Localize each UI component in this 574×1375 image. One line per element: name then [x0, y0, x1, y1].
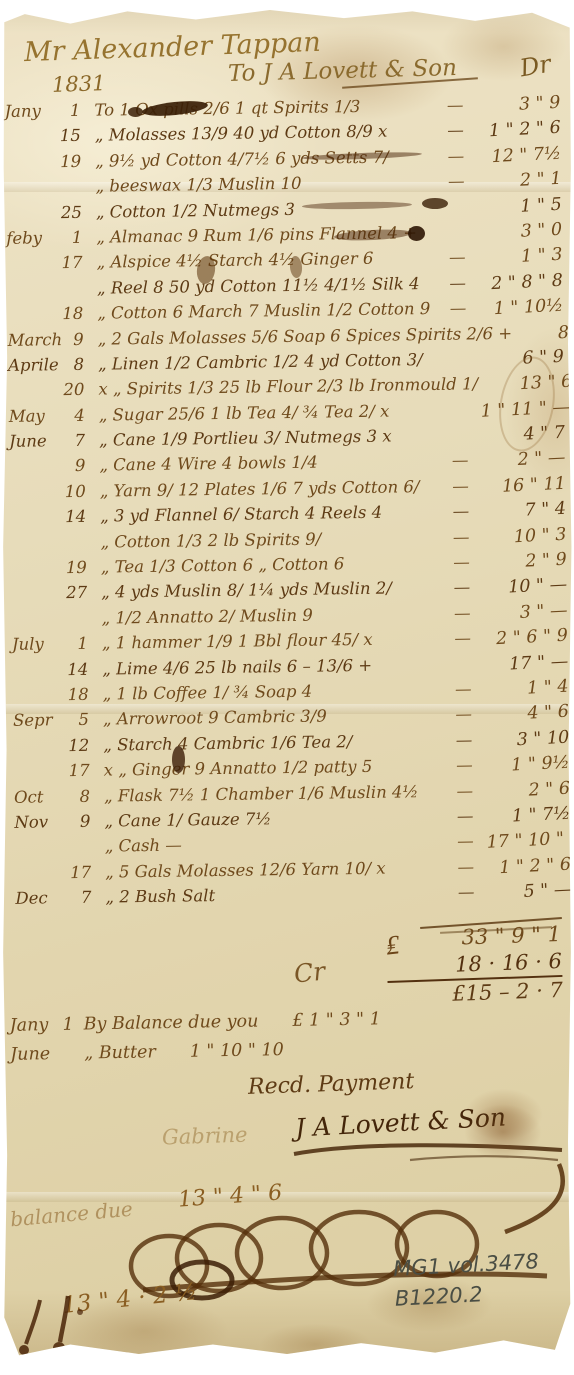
entry-month	[6, 192, 56, 193]
entry-month	[6, 218, 56, 219]
entry-day: 5	[63, 710, 89, 729]
entry-dash-leader: —	[215, 882, 488, 905]
entry-day: 9	[64, 812, 90, 831]
entry-month	[12, 624, 62, 625]
entry-day: 25	[56, 202, 82, 221]
entry-day: 14	[62, 659, 88, 678]
entry-amount: 10 " —	[483, 575, 568, 599]
credit-description: By Balance due you	[84, 1012, 259, 1035]
credit-month: Jany	[10, 1015, 58, 1036]
entry-amount: 1 " 4	[484, 677, 569, 701]
entry-description: „ Sugar 25/6 1 lb Tea 4/ ¾ Tea 2/ x	[99, 401, 390, 424]
balance-total: £15 – 2 · 7	[388, 977, 564, 1010]
entry-amount: 1 " 7½	[486, 804, 571, 828]
entry-month: Aprile	[8, 355, 58, 375]
entry-amount: 3 " 10	[485, 727, 570, 751]
credit-amount: £ 1 " 3 " 1	[292, 1009, 381, 1031]
ink-drips	[10, 1292, 130, 1362]
entry-day: 15	[55, 126, 81, 145]
entry-day: 17	[64, 761, 90, 780]
entry-month: June	[9, 431, 59, 451]
entry-dash-leader: —	[392, 578, 484, 598]
entry-day: 19	[55, 152, 81, 171]
entry-amount: 2 " 6 " 9	[483, 626, 568, 650]
entry-description: „ 1/2 Annatto 2/ Muslin 9	[101, 605, 313, 627]
entry-dash-leader: —	[385, 857, 487, 877]
entry-dash-leader: —	[301, 171, 477, 192]
entry-day: 1	[54, 101, 80, 120]
received-payment-text: Recd. Payment	[248, 1069, 415, 1100]
entry-dash-leader: —	[373, 628, 485, 649]
entry-description: „ Reel 8 50 yd Cotton 11½ 4/1½ Silk 4	[97, 274, 420, 298]
entry-dash-leader: —	[271, 806, 486, 828]
entry-description: „ 4 yds Muslin 8/ 1¼ yds Muslin 2/	[101, 579, 392, 602]
entry-day: 4	[59, 406, 85, 425]
entry-amount: 5 " —	[487, 880, 572, 904]
archival-line2: B1220.2	[394, 1276, 541, 1314]
entry-description: x „ Ginger 9 Annatto 1/2 patty 5	[104, 757, 373, 780]
entry-dash-leader: —	[182, 832, 487, 855]
entry-description: „ 5 Gals Molasses 12/6 Yarn 10/ x	[105, 858, 386, 881]
entry-description: „ beeswax 1/3 Muslin 10	[95, 174, 301, 196]
entry-description: „ Cotton 6 March 7 Muslin 1/2 Cotton 9	[97, 299, 430, 323]
entry-amount: 7 " 4	[482, 499, 567, 523]
place-word-faint: Gabrine	[162, 1123, 248, 1150]
credit-description: „ Butter	[84, 1042, 156, 1063]
entry-dash-leader: —	[321, 527, 482, 548]
entry-day: 10	[60, 482, 86, 501]
entry-day: 1	[62, 634, 88, 653]
entry-dash-leader: —	[430, 298, 479, 318]
entry-month	[5, 142, 55, 143]
credit-month: June	[10, 1044, 58, 1065]
entry-month	[13, 700, 63, 701]
ink-blot	[422, 198, 448, 209]
entry-month: Sepr	[13, 711, 63, 731]
entry-month	[5, 167, 55, 168]
entry-day: 19	[61, 558, 87, 577]
entry-dash-leader: —	[344, 552, 483, 573]
entry-month	[7, 269, 57, 270]
entry-description: „ Cane 1/9 Portlieu 3/ Nutmegs 3 x	[99, 427, 392, 450]
entry-amount: 2 " 9	[482, 550, 567, 574]
entry-amount: 3 " 0	[478, 220, 563, 244]
entry-month	[11, 599, 61, 600]
entry-day: 8	[58, 355, 84, 374]
entry-dash-leader	[392, 440, 481, 441]
entry-description: „ 1 lb Coffee 1/ ¾ Soap 4	[102, 682, 312, 704]
entry-day: 20	[58, 380, 84, 399]
ledger-year: 1831	[52, 71, 106, 97]
entry-day: 17	[65, 863, 91, 882]
ink-stain	[172, 746, 185, 773]
entry-month	[10, 472, 60, 473]
entry-description: „ Alspice 4½ Starch 4½ Ginger 6	[96, 249, 373, 272]
entry-month: Jany	[4, 101, 54, 121]
entry-description: „ Molasses 13/9 40 yd Cotton 8/9 x	[95, 122, 388, 145]
entry-amount: 1 " 5	[477, 194, 562, 218]
entry-month	[14, 776, 64, 777]
entry-description: „ Yarn 9/ 12 Plates 1/6 7 yds Cotton 6/	[100, 477, 420, 500]
entry-description: „ Starch 4 Cambric 1/6 Tea 2/	[103, 732, 352, 754]
entry-month: feby	[6, 228, 56, 248]
brown-stain	[464, 1104, 542, 1160]
entry-month	[15, 852, 65, 853]
entry-month	[11, 573, 61, 574]
entry-amount: 17 " —	[484, 651, 569, 675]
entry-month	[8, 395, 58, 396]
entry-amount: 10 " 3	[482, 524, 567, 548]
entry-day: 14	[60, 507, 86, 526]
entry-day: 12	[63, 736, 89, 755]
entry-amount: 2 " —	[481, 448, 566, 472]
archival-reference: MG1 vol.3478 B1220.2	[393, 1246, 542, 1314]
credit-amount: 1 " 10 " 10	[190, 1040, 284, 1062]
entry-amount: 2 " 6	[486, 778, 571, 802]
entry-month	[13, 751, 63, 752]
entry-month	[10, 522, 60, 523]
entry-month: Nov	[14, 812, 64, 832]
entry-day: 27	[61, 583, 87, 602]
entry-dash-leader: —	[313, 603, 484, 624]
entry-month	[12, 675, 62, 676]
debit-label: Dr	[518, 50, 553, 83]
entry-dash-leader: —	[387, 121, 477, 141]
entry-dash-leader: —	[372, 755, 486, 776]
entry-amount: 3 " —	[483, 600, 568, 624]
entry-dash-leader	[295, 212, 478, 215]
entry-month	[7, 319, 57, 320]
entry-dash-leader	[417, 237, 478, 238]
entry-day: 7	[65, 888, 91, 907]
totals-block: 33 " 9 " 1 18 · 16 · 6 £15 – 2 · 7	[386, 921, 564, 1010]
entry-day: 1	[56, 228, 82, 247]
credit-day: 1	[58, 1015, 74, 1035]
entry-amount: 1 " 2 " 6	[487, 854, 572, 878]
entry-dash-leader	[423, 364, 480, 365]
entry-month	[15, 878, 65, 879]
entry-amount: 12 " 7½	[477, 143, 562, 167]
entry-amount: 2 " 8 " 8	[478, 270, 563, 294]
entry-description: „ Tea 1/3 Cotton 6 „ Cotton 6	[101, 554, 345, 576]
entry-amount: 4 " 6	[485, 702, 570, 726]
entry-month	[10, 497, 60, 498]
entry-dash-leader: —	[382, 502, 482, 522]
entry-description: „ Cane 1/ Gauze 7½	[104, 809, 271, 830]
entry-description: „ 2 Bush Salt	[105, 886, 215, 907]
entry-description: „ Arrowroot 9 Cambric 3/9	[103, 707, 327, 729]
entry-description: x „ Spirits 1/3 25 lb Flour 2/3 lb Ironm…	[98, 375, 478, 399]
entry-month: July	[12, 634, 62, 654]
entry-dash-leader: —	[312, 679, 485, 700]
entry-day: 9	[58, 329, 84, 348]
entry-description: „ Cash —	[105, 836, 182, 856]
entry-day: 9	[59, 456, 85, 475]
entry-dash-leader: —	[327, 705, 485, 726]
entry-month	[7, 294, 57, 295]
entry-description: „ 3 yd Flannel 6/ Starch 4 Reels 4	[100, 503, 382, 526]
entry-description: „ Flask 7½ 1 Chamber 1/6 Muslin 4½	[104, 782, 419, 805]
scanned-ledger-page: Mr Alexander Tappan 1831 To J A Lovett &…	[0, 0, 574, 1375]
entry-dash-leader: —	[373, 248, 478, 268]
entry-month	[11, 548, 61, 549]
entry-description: „ Lime 4/6 25 lb nails 6 – 13/6 +	[102, 655, 372, 678]
entry-day: 18	[63, 685, 89, 704]
entry-dash-leader	[389, 415, 480, 416]
entry-amount: 1 " 2 " 6	[476, 118, 561, 142]
entry-day: 7	[59, 431, 85, 450]
entry-day: 8	[64, 786, 90, 805]
ink-blot	[128, 107, 143, 117]
entry-month: Oct	[14, 787, 64, 807]
entry-amount: 3 " 9	[476, 93, 561, 117]
entry-amount: 8 " —	[522, 321, 574, 345]
entry-dash-leader: —	[419, 476, 482, 496]
entry-dash-leader: —	[352, 730, 485, 751]
entry-description: „ Linen 1/2 Cambric 1/2 4 yd Cotton 3/	[98, 350, 423, 374]
credit-entries: Jany 1 By Balance due you £ 1 " 3 " 1 Ju…	[10, 1008, 451, 1074]
ink-blot	[408, 226, 425, 241]
entry-description: „ Cotton 1/3 2 lb Spirits 9/	[100, 529, 321, 551]
entry-day: 18	[57, 304, 83, 323]
entry-amount: 17 " 10 " —	[486, 829, 571, 853]
entry-dash-leader: —	[360, 95, 476, 116]
entry-dash-leader: —	[318, 451, 482, 472]
ledger-entries: Jany 1 To 1 Ox pills 2/6 1 qt Spirits 1/…	[4, 94, 571, 914]
entry-month: March	[8, 330, 58, 350]
entry-description: „ Cane 4 Wire 4 bowls 1/4	[99, 453, 318, 475]
entry-amount: 1 " 3	[478, 245, 563, 269]
entry-amount: 2 " 1	[477, 169, 562, 193]
entry-dash-leader: —	[418, 781, 486, 801]
entry-description: „ Cotton 1/2 Nutmegs 3	[96, 199, 295, 221]
entry-month: Dec	[15, 888, 65, 908]
entry-amount: 1 " 9½	[485, 753, 570, 777]
entry-month: May	[9, 406, 59, 426]
entry-description: „ 1 hammer 1/9 1 Bbl flour 45/ x	[102, 630, 373, 653]
entry-amount: 16 " 11	[481, 474, 566, 498]
entry-dash-leader: —	[419, 273, 479, 293]
credit-label: Cr	[293, 956, 327, 988]
aged-paper-sheet: Mr Alexander Tappan 1831 To J A Lovett &…	[2, 6, 572, 1358]
entry-dash-leader	[372, 669, 484, 671]
entry-amount: 1 " 10½	[479, 296, 564, 320]
entry-day: 17	[56, 253, 82, 272]
